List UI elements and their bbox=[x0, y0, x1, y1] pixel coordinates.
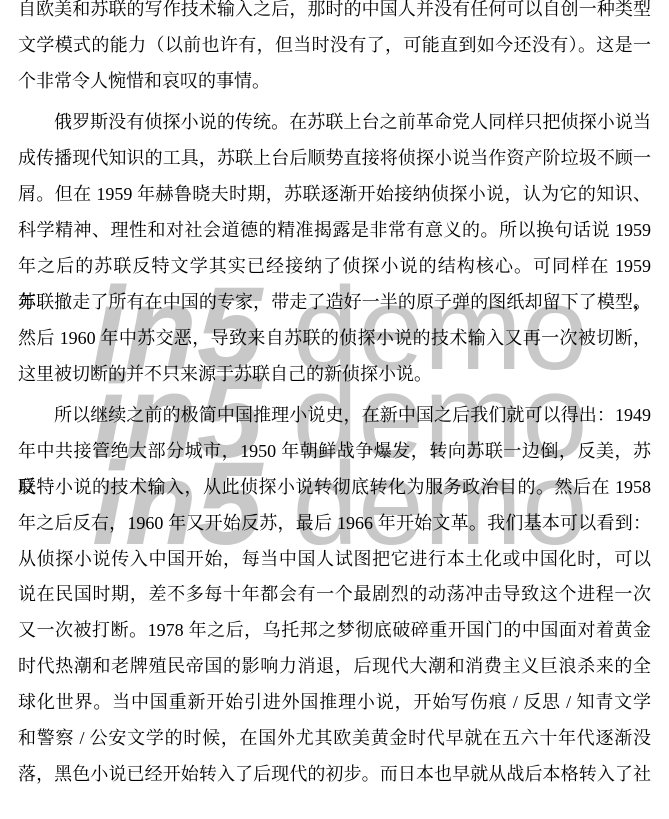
text-line: 个非常令人惋惜和哀叹的事情。 bbox=[18, 64, 651, 100]
text-line: 这里被切断的并不只来源于苏联自己的新侦探小说。 bbox=[18, 357, 651, 393]
text-line: 球化世界。当中国重新开始引进外国推理小说，开始写伤痕 / 反思 / 知青文学 bbox=[18, 685, 651, 721]
text-line: 年之后的苏联反特文学其实已经接纳了侦探小说的结构核心。可同样在 1959 年， bbox=[18, 249, 651, 285]
text-line: 自欧美和苏联的写作技术输入之后，那时的中国人并没有任何可以自创一种类型 bbox=[18, 0, 651, 28]
text-line: 又一次被打断。1978 年之后，乌托邦之梦彻底破碎重开国门的中国面对着黄金 bbox=[18, 613, 651, 649]
text-line: 苏联撤走了所有在中国的专家，带走了造好一半的原子弹的图纸却留下了模型。 bbox=[18, 285, 651, 321]
text-line: 屑。但在 1959 年赫鲁晓夫时期，苏联逐渐开始接纳侦探小说，认为它的知识、 bbox=[18, 177, 651, 213]
text-line: 科学精神、理性和对社会道德的精准揭露是非常有意义的。所以换句话说 1959 bbox=[18, 213, 651, 249]
text-line: 所以继续之前的极简中国推理小说史，在新中国之后我们就可以得出：1949 bbox=[18, 398, 651, 434]
text-line: 和警察 / 公安文学的时候，在国外尤其欧美黄金时代早就在五六十年代逐渐没 bbox=[18, 721, 651, 757]
text-line: 时代热潮和老牌殖民帝国的影响力消退，后现代大潮和消费主义巨浪杀来的全 bbox=[18, 649, 651, 685]
text-line: 反特小说的技术输入，从此侦探小说转彻底转化为服务政治目的。然后在 1958 bbox=[18, 470, 651, 506]
text-line: 说在民国时期，差不多每十年都会有一个最剧烈的动荡冲击导致这个进程一次 bbox=[18, 577, 651, 613]
text-line: 落，黑色小说已经开始转入了后现代的初步。而日本也早就从战后本格转入了社 bbox=[18, 757, 651, 793]
paragraph: 俄罗斯没有侦探小说的传统。在苏联上台之前革命党人同样只把侦探小说当 成传播现代知… bbox=[18, 105, 651, 392]
text-line: 年中共接管绝大部分城市，1950 年朝鲜战争爆发，转向苏联一边倒，反美，苏联 bbox=[18, 434, 651, 470]
text-line: 然后 1960 年中苏交恶，导致来自苏联的侦探小说的技术输入又再一次被切断， bbox=[18, 321, 651, 357]
text-line: 俄罗斯没有侦探小说的传统。在苏联上台之前革命党人同样只把侦探小说当 bbox=[18, 105, 651, 141]
text-line: 从侦探小说传入中国开始，每当中国人试图把它进行本土化或中国化时，可以 bbox=[18, 542, 651, 578]
paragraph: 自欧美和苏联的写作技术输入之后，那时的中国人并没有任何可以自创一种类型 文学模式… bbox=[18, 0, 651, 100]
text-line: 年之后反右，1960 年又开始反苏，最后 1966 年开始文革。我们基本可以看到… bbox=[18, 506, 651, 542]
document-body: 自欧美和苏联的写作技术输入之后，那时的中国人并没有任何可以自创一种类型 文学模式… bbox=[18, 0, 651, 798]
paragraph: 所以继续之前的极简中国推理小说史，在新中国之后我们就可以得出：1949 年中共接… bbox=[18, 398, 651, 793]
text-line: 成传播现代知识的工具，苏联上台后顺势直接将侦探小说当作资产阶垃圾不顾一 bbox=[18, 141, 651, 177]
text-line: 文学模式的能力（以前也许有，但当时没有了，可能直到如今还没有）。这是一 bbox=[18, 28, 651, 64]
